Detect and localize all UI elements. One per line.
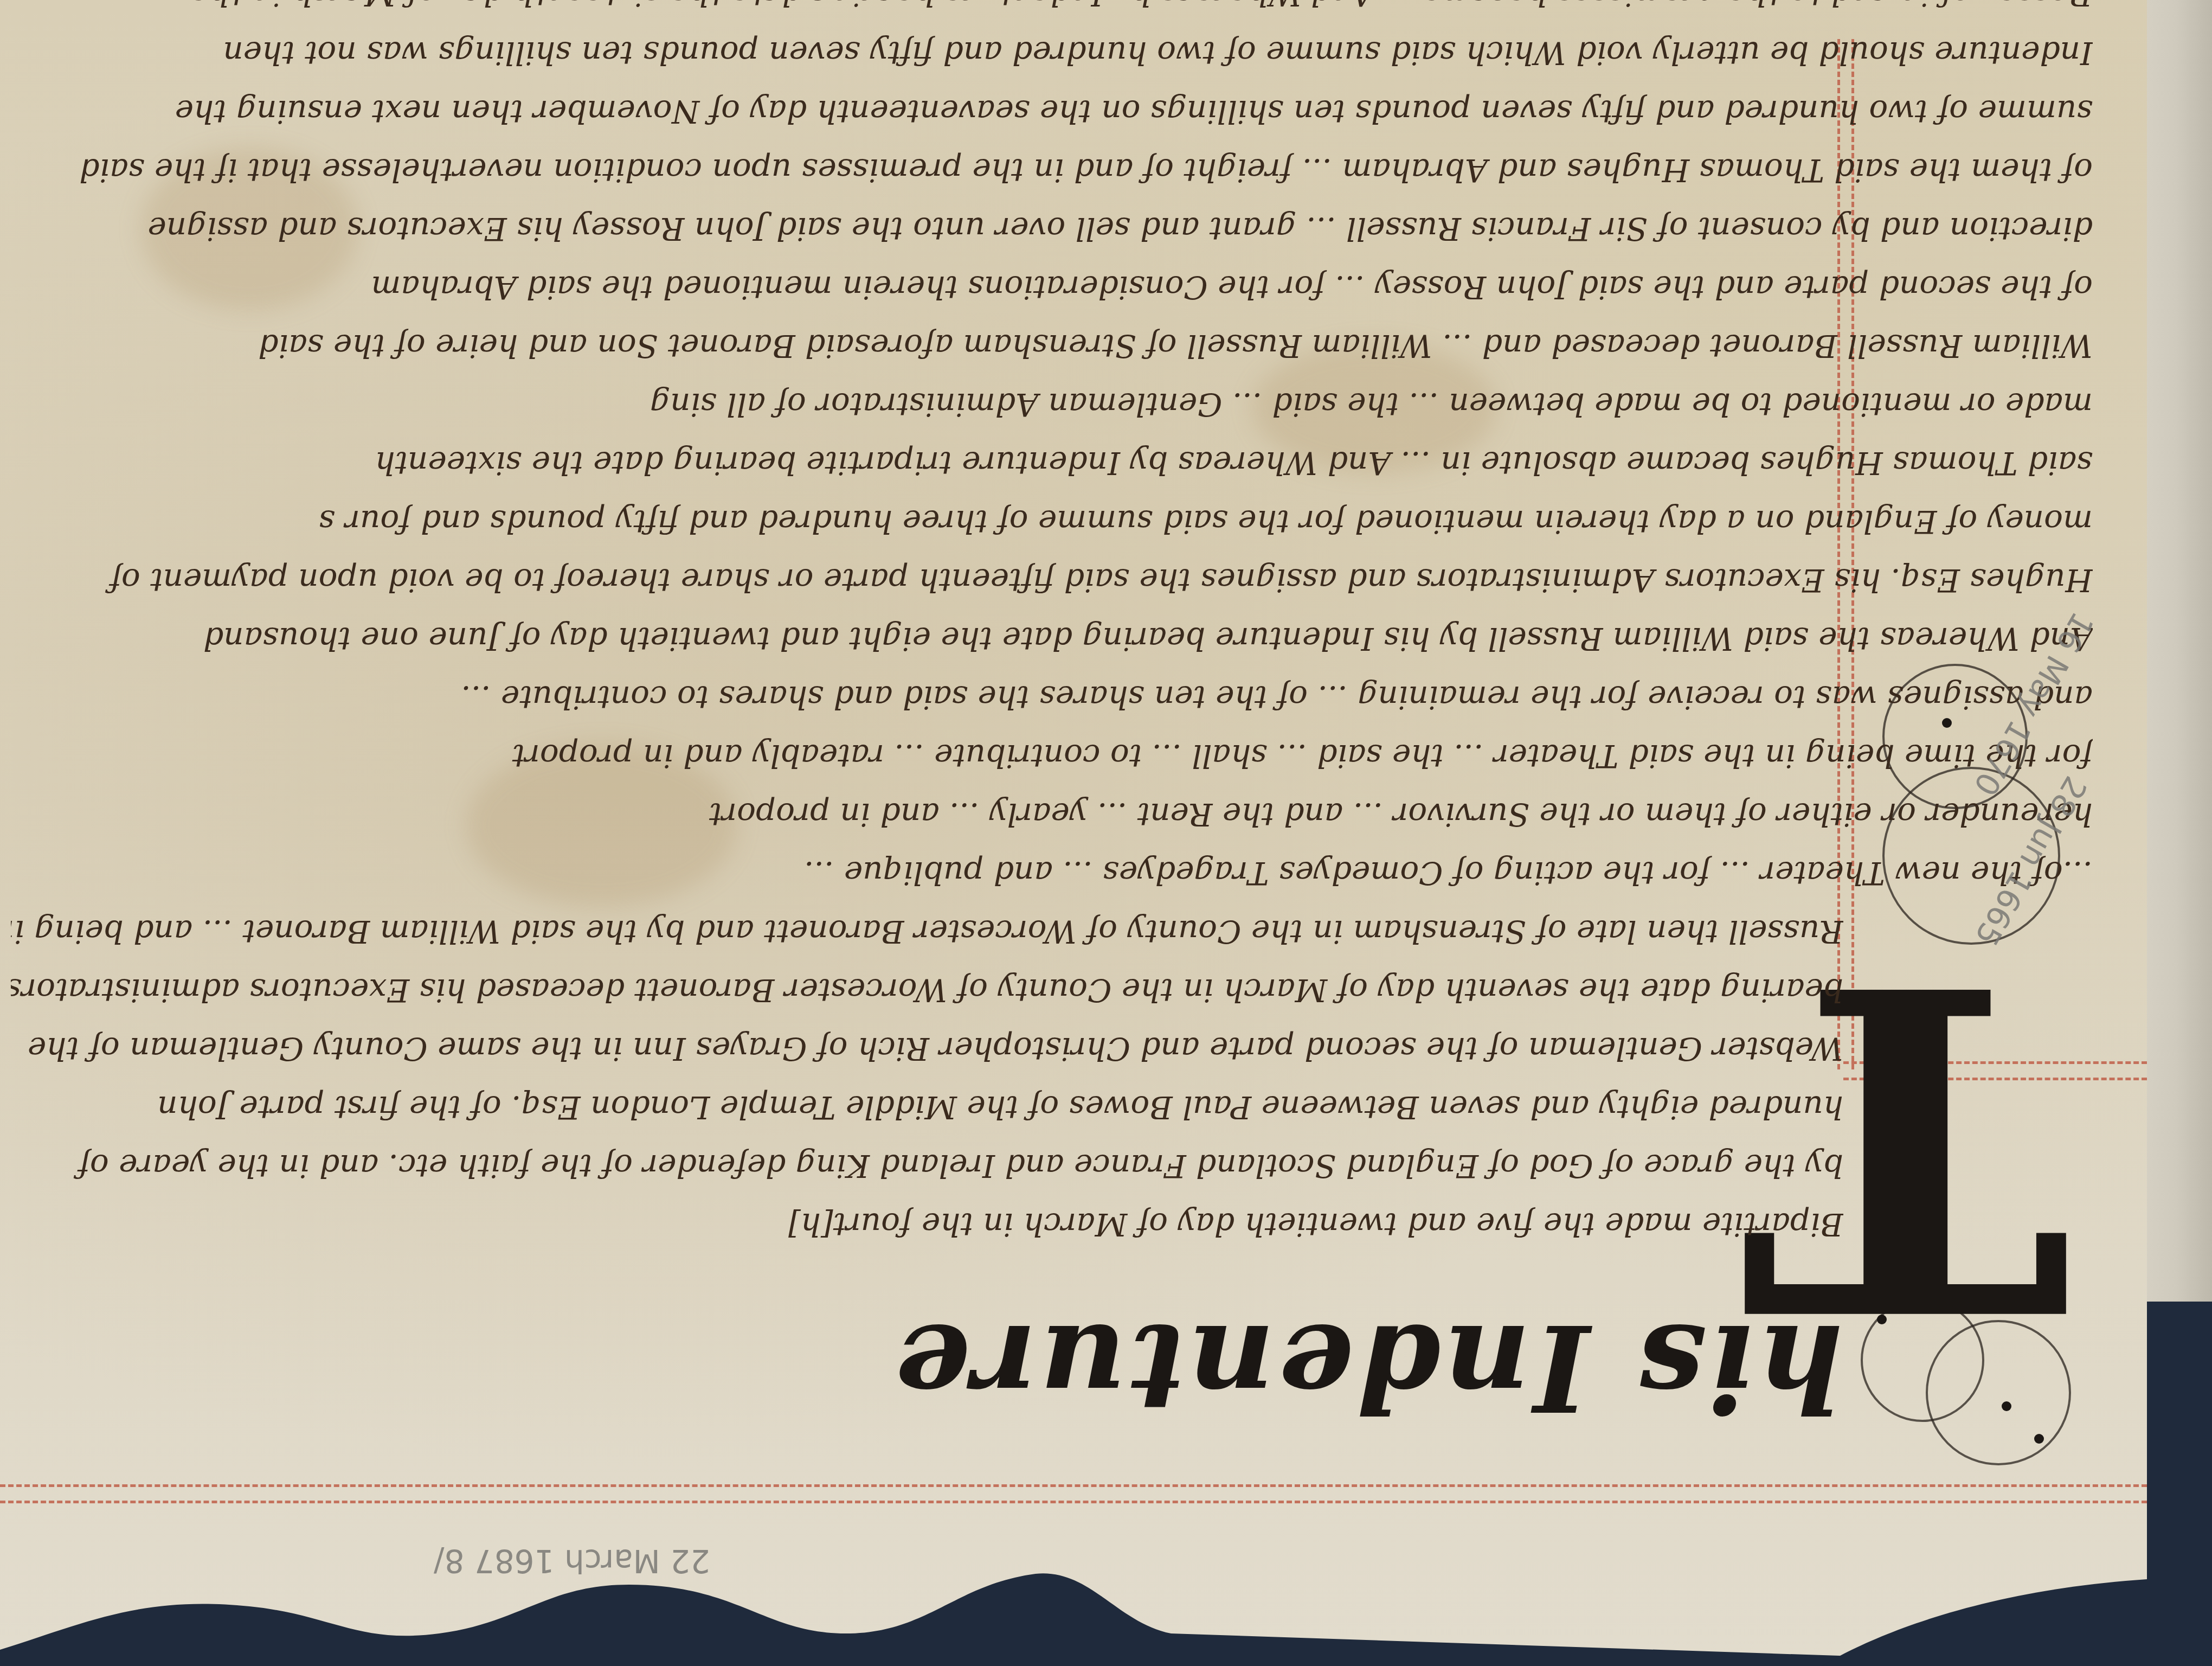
text-line: direction and by consent of Sir Francis …	[11, 200, 2093, 258]
document-title: his Indenture	[891, 1298, 1843, 1438]
text-line: hereunder or either of them or the Survi…	[11, 785, 2093, 844]
text-line: hundred eighty and seven Betweene Paul B…	[11, 1078, 1843, 1137]
text-line: Webster Gentleman of the second parte an…	[11, 1020, 1843, 1078]
text-line: William Russell Baronet deceased and ...…	[11, 317, 2093, 375]
text-line: made or mentioned to be made between ...…	[11, 375, 2093, 434]
text-line: by the grace of God of England Scotland …	[11, 1137, 1843, 1195]
backdrop-edge	[0, 1438, 2147, 1666]
text-line-and-whereas: said Thomas Hughes became absolute in ..…	[11, 434, 2093, 492]
text-line: for the time being in the said Theater .…	[11, 727, 2093, 785]
text-line-and-whereas: Rossey of in and to the premisses became…	[11, 0, 2093, 24]
text-line: of the second parte and the said John Ro…	[11, 258, 2093, 317]
text-line: summe of two hundred and fifty seven pou…	[11, 82, 2093, 141]
text-line: Hughes Esq. his Executors Administrators…	[11, 551, 2093, 610]
text-line: ...of the new Theater ... for the acting…	[11, 844, 2093, 902]
text-line: of them the said Thomas Hughes and Abrah…	[11, 141, 2093, 200]
text-line: bearing date the seventh day of March in…	[11, 961, 1843, 1020]
text-line-and-whereas: And Whereas the said William Russell by …	[11, 610, 2093, 668]
text-line: money of England on a day therein mentio…	[11, 492, 2093, 551]
text-line: and assignes was to receive for the rema…	[11, 668, 2093, 727]
parchment-surface: T his Indenture Bipartite made the five …	[0, 0, 2147, 1666]
text-line: Bipartite made the five and twentieth da…	[11, 1195, 1843, 1254]
text-line-which: Indenture should be utterly void Which s…	[11, 24, 2093, 82]
text-line: Russell then late of Strensham in the Co…	[11, 902, 1843, 961]
indenture-text-body: Bipartite made the five and twentieth da…	[11, 0, 1843, 1254]
indenture-sheet: T his Indenture Bipartite made the five …	[0, 0, 2147, 1666]
